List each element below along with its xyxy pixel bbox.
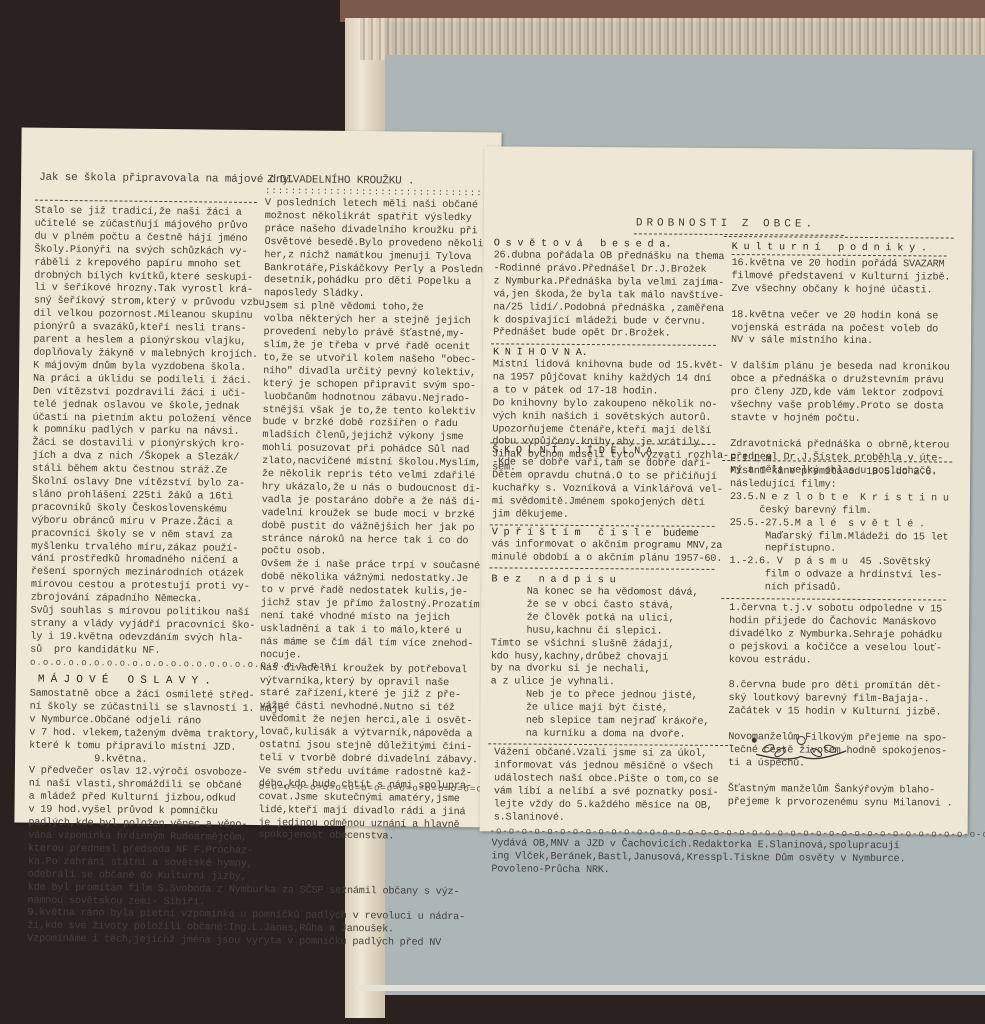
divider: [35, 200, 257, 203]
article-body-theatre: V posledních letech měli naši občané mož…: [258, 198, 489, 846]
section-body-kulturni-podniky: 16.května ve 20 hodin pořádá SVAZARM fil…: [730, 258, 950, 479]
article-heading-may-celebrations: M Á J O V É O S L A V Y .: [38, 674, 211, 689]
imprint: Vydává OB,MNV a JZD v Čachovicích.Redakt…: [491, 838, 905, 880]
section-body-osvetova-beseda: 26.dubna pořádala OB přednášku na thema …: [493, 250, 724, 342]
section-body-vazeni-obcane: Vážení občané.Vzali jsme si za úkol, inf…: [494, 747, 719, 826]
poem-bez-nadpisu: Na konec se ha vědomost dává, že se v ob…: [490, 586, 710, 742]
section-body-next-issue: vás informovat o akčním programu MNV,za …: [491, 539, 722, 566]
article-heading-school: Jak se škola připravovala na májové dny.: [39, 172, 295, 188]
floral-ornament-icon: [746, 732, 856, 767]
newsletter-title: DROBNOSTI Z OBCE.: [636, 217, 816, 231]
divider: [721, 598, 946, 601]
left-newsletter-sheet: Jak se škola připravovala na májové dny.…: [14, 128, 501, 828]
divider: [489, 567, 714, 570]
section-body-skolni-jidelna: -Kde se dobře vaří,tam se dobře daří- Dě…: [492, 457, 723, 523]
right-newsletter-sheet: DROBNOSTI Z OBCE. O s v ě t o v á b e s …: [480, 146, 973, 834]
board-bottom-edge: [355, 985, 985, 991]
article-body-school: Stalo se již tradicí,že naši žáci a učit…: [30, 206, 265, 660]
section-body-film: Místní kino promítá od 18.5.do 2.6. násl…: [729, 466, 949, 597]
book-page-edges: [360, 18, 985, 60]
section-body-announcements: 1.června t.j.v sobotu odpoledne v 15 hod…: [728, 603, 954, 811]
divider: [732, 254, 947, 257]
divider: [491, 343, 716, 346]
divider: [490, 524, 715, 527]
divider: [724, 236, 954, 239]
divider: [488, 743, 733, 746]
